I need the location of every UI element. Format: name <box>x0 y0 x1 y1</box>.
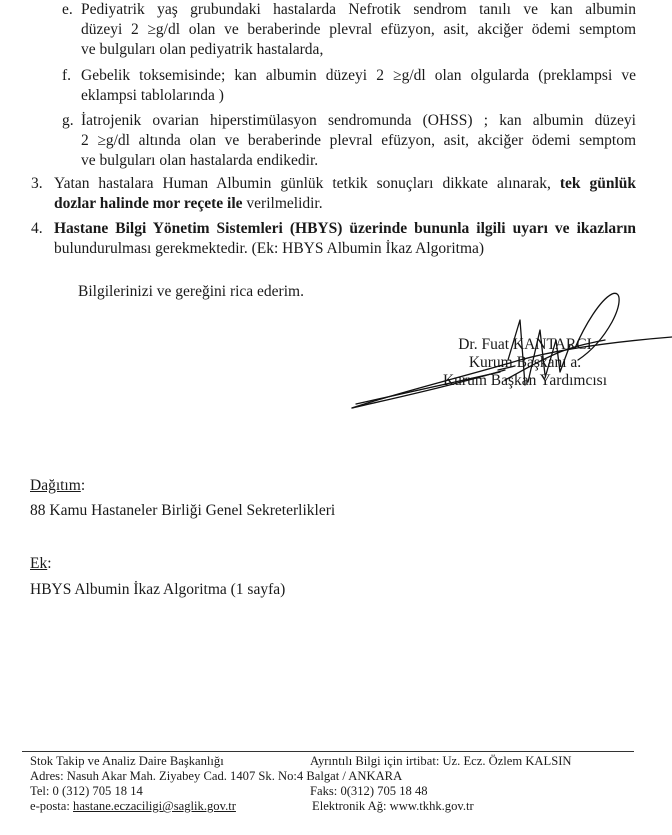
list-marker: f. <box>62 66 71 85</box>
footer-email-label: e-posta: <box>30 799 73 813</box>
distribution-recipient: 88 Kamu Hastaneler Birliği Genel Sekrete… <box>30 501 335 520</box>
numbered-item-line: dozlar halinde mor reçete ile verilmelid… <box>54 194 636 213</box>
normal-text: bulundurulması gerekmektedir. (Ek: HBYS … <box>54 239 636 258</box>
footer-phone: Tel: 0 (312) 705 18 14 <box>30 784 143 799</box>
bold-text: tek günlük <box>560 175 636 192</box>
numbered-item-line: Yatan hastalara Human Albumin günlük tet… <box>54 174 636 193</box>
list-marker: 3. <box>31 174 43 193</box>
list-item-text-line: ve bulguları olan pediyatrik hastalarda, <box>81 40 636 59</box>
normal-text: Yatan hastalara Human Albumin günlük tet… <box>54 175 560 192</box>
list-marker: 4. <box>31 219 43 238</box>
footer-email-link[interactable]: hastane.eczaciligi@saglik.gov.tr <box>73 799 236 813</box>
footer-website[interactable]: Elektronik Ağ: www.tkhk.gov.tr <box>312 799 474 814</box>
bold-text: Hastane Bilgi Yönetim Sistemleri (HBYS) … <box>54 219 636 238</box>
footer-email-row: e-posta: hastane.eczaciligi@saglik.gov.t… <box>30 799 236 814</box>
list-item-text-line: ve bulguları olan hastalarda endikedir. <box>81 151 636 170</box>
distribution-heading: Dağıtım: <box>30 476 85 495</box>
bold-text: dozlar halinde mor reçete ile <box>54 195 243 212</box>
normal-text: verilmelidir. <box>243 195 323 212</box>
footer-address: Adres: Nasuh Akar Mah. Ziyabey Cad. 1407… <box>30 769 402 784</box>
list-item-text-line: 2 ≥g/dl altında olan ve beraberinde plev… <box>81 131 636 150</box>
attachment-heading: Ek: <box>30 554 52 573</box>
list-marker: g. <box>62 111 74 130</box>
list-item-text-line: İatrojenik ovarian hiperstimülasyon send… <box>81 111 636 130</box>
list-item-text-line: düzeyi 2 ≥g/dl olan ve beraberinde plevr… <box>81 20 636 39</box>
list-item-text-line: Pediyatrik yaş grubundaki hastalarda Nef… <box>81 0 636 19</box>
list-item-text-line: eklampsi tablolarında ) <box>81 86 636 105</box>
footer-contact: Ayrıntılı Bilgi için irtibat: Uz. Ecz. Ö… <box>310 754 572 769</box>
signatory-title: Kurum Başkanı a. <box>440 353 610 372</box>
closing-text: Bilgilerinizi ve gereğini rica ederim. <box>78 282 304 301</box>
footer-divider <box>22 751 634 752</box>
list-marker: e. <box>62 0 73 19</box>
signatory-name: Dr. Fuat KANTARCI <box>440 335 610 354</box>
footer-department: Stok Takip ve Analiz Daire Başkanlığı <box>30 754 224 769</box>
signatory-role: Kurum Başkan Yardımcısı <box>420 371 630 390</box>
attachment-item: HBYS Albumin İkaz Algoritma (1 sayfa) <box>30 580 285 599</box>
footer-fax: Faks: 0(312) 705 18 48 <box>310 784 428 799</box>
list-item-text-line: Gebelik toksemisinde; kan albumin düzeyi… <box>81 66 636 85</box>
